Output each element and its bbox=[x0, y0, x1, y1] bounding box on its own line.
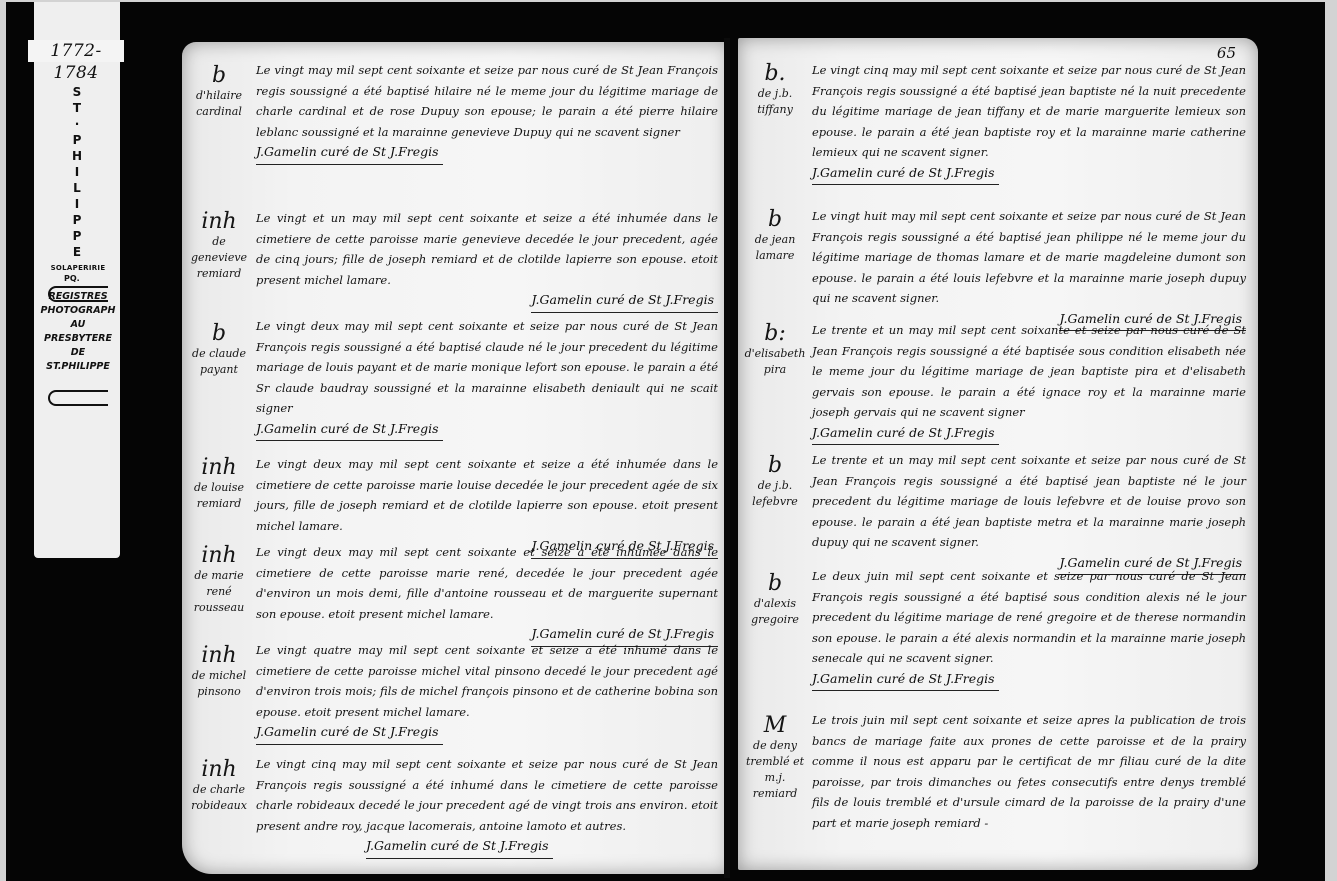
entry-body: Le vingt deux may mil sept cent soixante… bbox=[256, 545, 718, 621]
entry-text: Le vingt huit may mil sept cent soixante… bbox=[812, 206, 1246, 331]
entry-type-mark: b bbox=[744, 572, 806, 596]
margin-name: d'alexis gregoire bbox=[744, 596, 806, 628]
priest-signature: J.Gamelin curé de St J.Fregis bbox=[531, 290, 718, 313]
margin-name: de jean lamare bbox=[744, 232, 806, 264]
priest-signature: J.Gamelin curé de St J.Fregis bbox=[366, 836, 553, 859]
margin-note: inh de genevieve remiard bbox=[188, 210, 250, 282]
paper-clip-icon bbox=[48, 390, 108, 406]
margin-name: de charle robideaux bbox=[188, 782, 250, 814]
entry-text: Le vingt deux may mil sept cent soixante… bbox=[256, 542, 718, 647]
margin-name: de j.b. lefebvre bbox=[744, 478, 806, 510]
margin-name: d'elisabeth pira bbox=[744, 346, 806, 378]
entry-type-mark: inh bbox=[188, 210, 250, 234]
entry-type-mark: inh bbox=[188, 758, 250, 782]
margin-name: de j.b. tiffany bbox=[744, 86, 806, 118]
clip-text: PQ. bbox=[64, 274, 80, 283]
priest-signature: J.Gamelin curé de St J.Fregis bbox=[256, 722, 443, 745]
parish-letter: S bbox=[73, 84, 82, 100]
margin-note: inh de louise remiard bbox=[188, 456, 250, 512]
entry-type-mark: b bbox=[744, 454, 806, 478]
entry-body: Le vingt deux may mil sept cent soixante… bbox=[256, 319, 718, 415]
priest-signature: J.Gamelin curé de St J.Fregis bbox=[256, 142, 443, 165]
margin-name: de michel pinsono bbox=[188, 668, 250, 700]
parish-letter: E bbox=[73, 244, 81, 260]
stamp-line: PRESBYTERE bbox=[44, 332, 112, 346]
entry-type-mark: b: bbox=[744, 322, 806, 346]
entry-text: Le deux juin mil sept cent soixante et s… bbox=[812, 566, 1246, 691]
entry-body: Le trente et un may mil sept cent soixan… bbox=[812, 323, 1246, 419]
book-gutter bbox=[724, 38, 730, 878]
entry-type-mark: b bbox=[188, 322, 250, 346]
parish-letter: · bbox=[75, 116, 80, 132]
left-page: b d'hilaire cardinal Le vingt may mil se… bbox=[182, 42, 730, 874]
parish-letter: P bbox=[73, 228, 82, 244]
entry-body: Le deux juin mil sept cent soixante et s… bbox=[812, 569, 1246, 665]
parish-name-vertical: S T · P H I L I P P E bbox=[34, 84, 120, 260]
margin-name: de claude payant bbox=[188, 346, 250, 378]
margin-note: b de jean lamare bbox=[744, 208, 806, 264]
stamp-line: REGISTRES bbox=[48, 290, 107, 304]
priest-signature: J.Gamelin curé de St J.Fregis bbox=[812, 669, 999, 692]
priest-signature: J.Gamelin curé de St J.Fregis bbox=[812, 163, 999, 186]
entry-text: Le trente et un may mil sept cent soixan… bbox=[812, 450, 1246, 575]
microfilm-scan: 1772-1784 S T · P H I L I P P E SOLAPERI… bbox=[6, 2, 1325, 881]
parish-letter: I bbox=[75, 164, 79, 180]
entry-text: Le trois juin mil sept cent soixante et … bbox=[812, 710, 1246, 833]
entry-body: Le vingt may mil sept cent soixante et s… bbox=[256, 63, 718, 139]
margin-note: b: d'elisabeth pira bbox=[744, 322, 806, 378]
margin-name: de deny tremblé et m.j. remiard bbox=[744, 738, 806, 802]
margin-note: b. de j.b. tiffany bbox=[744, 62, 806, 118]
parish-letter: P bbox=[73, 132, 82, 148]
right-page: 65 b. de j.b. tiffany Le vingt cinq may … bbox=[738, 38, 1258, 870]
margin-note: inh de charle robideaux bbox=[188, 758, 250, 814]
entry-text: Le vingt cinq may mil sept cent soixante… bbox=[256, 754, 718, 859]
entry-text: Le trente et un may mil sept cent soixan… bbox=[812, 320, 1246, 445]
margin-note: b d'alexis gregoire bbox=[744, 572, 806, 628]
margin-name: d'hilaire cardinal bbox=[188, 88, 250, 120]
parish-letter: T bbox=[73, 100, 81, 116]
entry-type-mark: inh bbox=[188, 544, 250, 568]
entry-type-mark: b bbox=[744, 208, 806, 232]
entry-text: Le vingt quatre may mil sept cent soixan… bbox=[256, 640, 718, 745]
parish-letter: P bbox=[73, 212, 82, 228]
entry-body: Le vingt et un may mil sept cent soixant… bbox=[256, 211, 718, 287]
priest-signature: J.Gamelin curé de St J.Fregis bbox=[812, 423, 999, 446]
entry-body: Le trente et un may mil sept cent soixan… bbox=[812, 453, 1246, 549]
entry-text: Le vingt deux may mil sept cent soixante… bbox=[256, 316, 718, 441]
entry-type-mark: b. bbox=[744, 62, 806, 86]
entry-body: Le vingt huit may mil sept cent soixante… bbox=[812, 209, 1246, 305]
stamp-line: DE bbox=[71, 346, 85, 360]
margin-name: de genevieve remiard bbox=[188, 234, 250, 282]
margin-note: M de deny tremblé et m.j. remiard bbox=[744, 714, 806, 802]
stamp-line: PHOTOGRAPH bbox=[41, 304, 116, 318]
margin-note: b de claude payant bbox=[188, 322, 250, 378]
entry-type-mark: b bbox=[188, 64, 250, 88]
entry-type-mark: inh bbox=[188, 644, 250, 668]
parish-letter: H bbox=[72, 148, 82, 164]
entry-body: Le vingt quatre may mil sept cent soixan… bbox=[256, 643, 718, 719]
register-years: 1772-1784 bbox=[28, 40, 124, 62]
entry-text: Le vingt et un may mil sept cent soixant… bbox=[256, 208, 718, 313]
archive-stamp: REGISTRES PHOTOGRAPH AU PRESBYTERE DE ST… bbox=[36, 290, 120, 374]
parish-letter: I bbox=[75, 196, 79, 212]
parish-letter: L bbox=[73, 180, 81, 196]
label-subtitle: SOLAPERIRIE bbox=[36, 264, 120, 272]
entry-text: Le vingt may mil sept cent soixante et s… bbox=[256, 60, 718, 165]
margin-name: de marie rené rousseau bbox=[188, 568, 250, 616]
entry-body: Le trois juin mil sept cent soixante et … bbox=[812, 713, 1246, 830]
margin-note: inh de marie rené rousseau bbox=[188, 544, 250, 616]
entry-body: Le vingt cinq may mil sept cent soixante… bbox=[812, 63, 1246, 159]
entry-body: Le vingt cinq may mil sept cent soixante… bbox=[256, 757, 718, 833]
stamp-line: ST.PHILIPPE bbox=[46, 360, 110, 374]
priest-signature: J.Gamelin curé de St J.Fregis bbox=[256, 419, 443, 442]
entry-type-mark: M bbox=[744, 714, 806, 738]
entry-text: Le vingt cinq may mil sept cent soixante… bbox=[812, 60, 1246, 185]
entry-body: Le vingt deux may mil sept cent soixante… bbox=[256, 457, 718, 533]
margin-note: b d'hilaire cardinal bbox=[188, 64, 250, 120]
margin-name: de louise remiard bbox=[188, 480, 250, 512]
stamp-line: AU bbox=[71, 318, 86, 332]
margin-note: inh de michel pinsono bbox=[188, 644, 250, 700]
margin-note: b de j.b. lefebvre bbox=[744, 454, 806, 510]
register-book: b d'hilaire cardinal Le vingt may mil se… bbox=[168, 20, 1278, 870]
entry-type-mark: inh bbox=[188, 456, 250, 480]
